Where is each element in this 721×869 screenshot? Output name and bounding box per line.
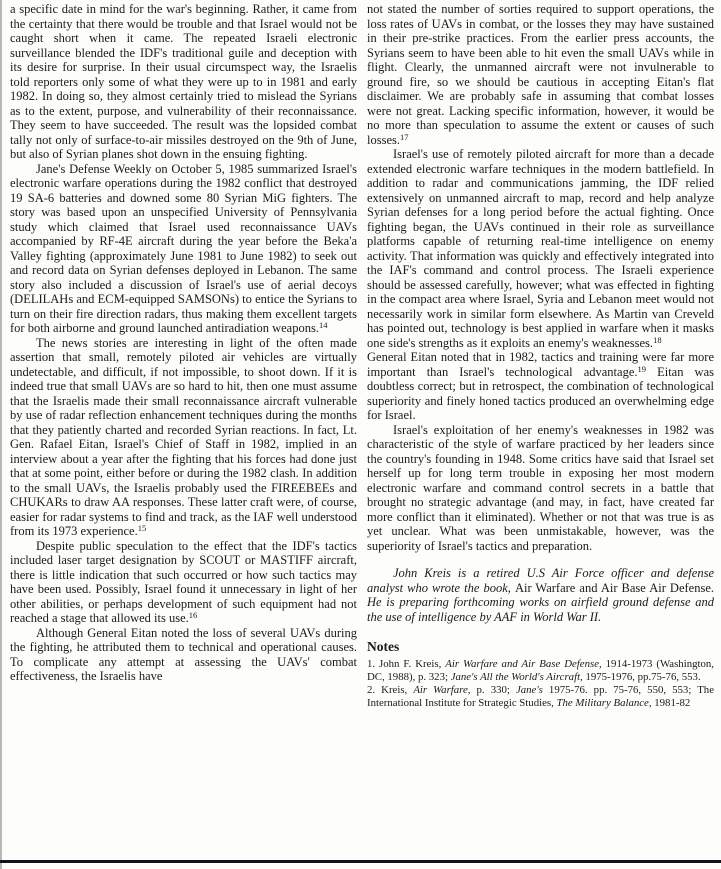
footnote-ref: 18 [653,335,662,345]
note-title-italic: Jane's [516,684,543,696]
paragraph-text: Despite public speculation to the effect… [10,539,357,626]
paragraph-text: a specific date in mind for the war's be… [10,2,357,161]
bio-text-italic: He is preparing forthcoming works on air… [367,595,714,624]
paragraph: Israel's exploitation of her enemy's wea… [367,423,714,554]
paragraph: not stated the number of sorties require… [367,2,714,147]
paragraph: Israel's use of remotely piloted aircraf… [367,147,714,350]
paragraph: Jane's Defense Weekly on October 5, 1985… [10,162,357,336]
column-right: not stated the number of sorties require… [367,2,714,853]
paragraph-text: The news stories are interesting in ligh… [10,336,357,539]
note-text: 1975-1976, pp.75-76, 553. [583,671,701,683]
footnote-ref: 19 [638,364,647,374]
author-bio: John Kreis is a retired U.S Air Force of… [367,566,714,624]
paragraph: Despite public speculation to the effect… [10,539,357,626]
paragraph-text: not stated the number of sorties require… [367,2,714,147]
paragraph-text: Although General Eitan noted the loss of… [10,626,357,684]
note-text: 1981-82 [652,697,691,709]
bio-book-title: Air Warfare and Air Base Air Defense. [515,581,714,595]
paragraph-text: Israel's exploitation of her enemy's wea… [367,423,714,553]
note-text: p. 330; [470,684,515,696]
notes-section: Notes 1. John F. Kreis, Air Warfare and … [367,640,714,710]
footnote-ref: 14 [319,320,328,330]
note-text: 1. John F. Kreis, [367,658,445,670]
bottom-rule [0,860,721,863]
paragraph-text: Israel's use of remotely piloted aircraf… [367,147,714,350]
paragraph: a specific date in mind for the war's be… [10,2,357,162]
note-item: 2. Kreis, Air Warfare, p. 330; Jane's 19… [367,684,714,710]
notes-heading: Notes [367,640,714,655]
column-left: a specific date in mind for the war's be… [10,2,357,853]
note-title-italic: Air Warfare and Air Base Defense, [445,658,601,670]
paragraph-text: Jane's Defense Weekly on October 5, 1985… [10,162,357,336]
note-title-italic: Jane's All the World's Aircraft, [451,671,583,683]
footnote-ref: 17 [400,132,409,142]
note-title-italic: Air Warfare, [413,684,470,696]
note-title-italic: The Military Balance, [557,697,652,709]
note-item: 1. John F. Kreis, Air Warfare and Air Ba… [367,658,714,684]
footnote-ref: 16 [189,610,198,620]
paragraph: The news stories are interesting in ligh… [10,336,357,539]
scan-left-edge [0,0,2,869]
document-page: a specific date in mind for the war's be… [0,0,721,869]
two-column-text: a specific date in mind for the war's be… [10,2,714,853]
paragraph: Although General Eitan noted the loss of… [10,626,357,684]
note-text: 2. Kreis, [367,684,413,696]
footnote-ref: 15 [138,523,147,533]
paragraph: General Eitan noted that in 1982, tactic… [367,350,714,423]
